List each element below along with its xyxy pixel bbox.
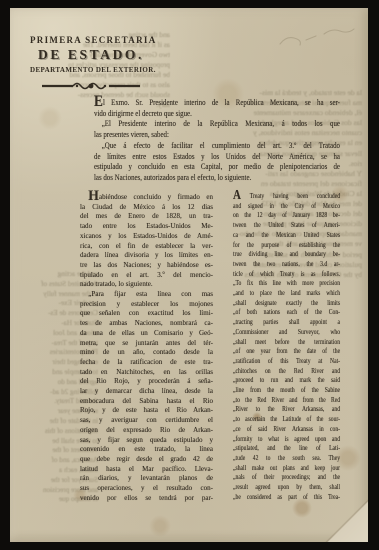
text-line: sas, y averiguar con certidumbre el [80, 415, 213, 425]
text-line: true dividing line and boundary be- [233, 250, 340, 260]
text-line: tre las dos Naciones; y habiéndose es- [80, 260, 213, 270]
line-text: Rojo, y de este hasta el Rio Arkan- [80, 405, 213, 414]
text-line: „Para fijar esta línea con mas [80, 289, 213, 299]
line-text: ca and the Mexican United States [233, 231, 340, 239]
line-text: „of one year from the date of the [233, 347, 340, 355]
line-text: „shall meet before the termination [233, 338, 340, 346]
raised-initial-capital: E [94, 93, 103, 110]
text-line: tado entre los Estados-Unidos Me- [80, 221, 213, 231]
text-line: „ce of said River Arkansas in con- [233, 425, 340, 435]
line-text: convenido en este tratado, la línea [80, 444, 213, 453]
text-line: rica, con el fin de establecer la ver- [80, 241, 213, 251]
text-line: venido por ellos se tendrá por par- [80, 493, 213, 503]
text-line: ca and the Mexican United States [233, 231, 340, 241]
masthead-department: DEPARTAMENTO DEL EXTERIOR. [30, 66, 152, 74]
line-text: „result agreed upon by them, shall [233, 483, 340, 491]
text-line: mino de un año, contado desde la [80, 347, 213, 357]
line-text: „shall make out plans and keep jour [233, 464, 340, 472]
line-text: orígen del expresado Rio de Arkan- [80, 425, 213, 434]
text-line: sas, y fijar segun queda estipulado y [80, 435, 213, 445]
line-text: „proceed to run and mark the said [233, 376, 340, 384]
line-text: „Commissioner and Surveyor, who [233, 328, 340, 336]
text-line: „nals of their proceedings; and the [233, 473, 340, 483]
text-line: convenido en este tratado, la línea [80, 444, 213, 454]
line-text: „ce of said River Arkansas in con- [233, 425, 340, 433]
text-line: „ratification of this Treaty at Nat- [233, 357, 340, 367]
text-line: „formity to what is agreed upon and [233, 435, 340, 445]
line-text: „ratification of this Treaty at Nat- [233, 357, 340, 365]
text-line: dadera línea divisoria y los límites en- [80, 250, 213, 260]
line-text: „tracting parties shall appoint a [233, 318, 340, 326]
text-line: latitud hasta el Mar pacífico. Lleva- [80, 464, 213, 474]
text-line: Rojo, y de este hasta el Rio Arkan- [80, 405, 213, 415]
line-text: „to the Red River and from the Red [233, 396, 340, 404]
line-text: nado tratado, lo siguiente. [80, 279, 153, 288]
line-text: la Ciudad de México á los 12 dias [80, 202, 213, 211]
line-text: „nals of their proceedings; and the [233, 473, 340, 481]
scroll-divider-icon [30, 78, 152, 96]
text-line: orígen del expresado Rio de Arkan- [80, 425, 213, 435]
text-line: „of one year from the date of the [233, 347, 340, 357]
text-line: „to ascertain the Latitude of the sour- [233, 415, 340, 425]
text-line: „Commissioner and Surveyor, who [233, 328, 340, 338]
text-line: „of both nations each of the Con- [233, 308, 340, 318]
text-line: tween the United States of Ameri- [233, 221, 340, 231]
decree-preamble: El Exmo. Sr. Presidente interino de la R… [94, 98, 340, 184]
text-line: estipulado y concluido en esta Capital, … [94, 162, 340, 173]
line-text: precision y establecer los mojones [80, 299, 213, 308]
line-text: tipulado en el art. 3.º del mencio- [80, 270, 213, 279]
text-line: „Que á efecto de facilitar el cumplimien… [94, 141, 340, 152]
text-line: de límites entre estos Estados y los Uni… [94, 152, 340, 163]
line-text: latitud hasta el Mar pacífico. Lleva- [80, 464, 213, 473]
line-text: „shall designate exactly the limits [233, 299, 340, 307]
line-text: tes de ambas Naciones, nombrará ca- [80, 318, 213, 327]
text-line: A Treaty having been concluded [233, 192, 340, 202]
line-text: „stipulated, and the line of Lati- [233, 444, 340, 452]
text-line: las presentes vieren, sabed: [94, 130, 340, 141]
line-text: „To fix this line with more precision [233, 279, 340, 287]
line-text: del mes de Enero de 1828, un tra- [80, 211, 213, 220]
line-text: de límites entre estos Estados y los Uni… [94, 152, 340, 161]
text-line: „To fix this line with more precision [233, 279, 340, 289]
scan-background: { "document": { "colors": { "paper": "#c… [0, 0, 379, 550]
line-text: las dos Naciones, autorizados para el ef… [94, 173, 251, 182]
page-corner-fold [322, 498, 368, 542]
text-line: vido dirigirme el decreto que sigue. [94, 109, 340, 120]
line-text: for the purpose of establishing the [233, 241, 340, 249]
line-text: on the 12 day of January 1828 be- [233, 211, 340, 219]
text-line: embocadura del Sabina hasta el Rio [80, 396, 213, 406]
text-line: xicanos y los Estados-Unidos de Amé- [80, 231, 213, 241]
text-line: tes de ambas Naciones, nombrará ca- [80, 318, 213, 328]
line-text: sas, y fijar segun queda estipulado y [80, 435, 213, 444]
line-text: fecha de la ratificacion de este tra- [80, 357, 213, 366]
text-line: precision y establecer los mojones [80, 299, 213, 309]
text-line: „shall designate exactly the limits [233, 299, 340, 309]
line-text: da una de ellas un Comisario y Geó- [80, 328, 213, 337]
text-line: sus operaciones, y el resultado con- [80, 483, 213, 493]
line-text: tado entre los Estados-Unidos Me- [80, 221, 213, 230]
text-line: „shall make out plans and keep jour [233, 464, 340, 474]
line-text: que señalen con exactitud los lími- [80, 308, 213, 317]
line-text: embocadura del Sabina hasta el Rio [80, 396, 213, 405]
line-text: dadera línea divisoria y los límites en- [80, 250, 213, 259]
text-line: El Exmo. Sr. Presidente interino de la R… [94, 98, 340, 109]
masthead-de-estado: DE ESTADO. [30, 47, 152, 63]
text-line: la Ciudad de México á los 12 dias [80, 202, 213, 212]
text-line: „line from the mouth of the Sabine [233, 386, 340, 396]
text-line: que señalen con exactitud los lími- [80, 308, 213, 318]
line-text: true dividing line and boundary be- [233, 250, 340, 258]
line-text: ticle of which Treaty is as follows. [233, 270, 340, 278]
text-line: tween the two nations, the 3.d ar- [233, 260, 340, 270]
raised-initial-capital: H [88, 188, 99, 204]
masthead: PRIMERA SECRETARIA DE ESTADO. DEPARTAMEN… [30, 35, 152, 96]
text-line: „proceed to run and mark the said [233, 376, 340, 386]
text-line: „chitoches on the Red River and [233, 367, 340, 377]
line-text: „River to the River Arkansas, and [233, 405, 340, 413]
line-text: del Rio Rojo, y procederán á seña- [80, 376, 213, 385]
line-text: abiéndose concluido y firmado en [99, 192, 213, 201]
line-text: lar y demarcar dicha línea, desde la [80, 386, 213, 395]
line-text: tre las dos Naciones; y habiéndose es- [80, 260, 213, 269]
text-line: „stipulated, and the line of Lati- [233, 444, 340, 454]
line-text: estipulado y concluido en esta Capital, … [94, 162, 340, 171]
text-line: „and to place the land marks which [233, 289, 340, 299]
raised-initial-capital: A [233, 187, 241, 202]
text-line: da una de ellas un Comisario y Geó- [80, 328, 213, 338]
line-text: l Exmo. Sr. Presidente interino de la Re… [103, 98, 340, 107]
line-text: „of both nations each of the Con- [233, 308, 340, 316]
line-text: „Para fijar esta línea con mas [88, 289, 213, 298]
line-text: „tude 42 to the south sea. They [233, 454, 340, 462]
text-line: nado tratado, lo siguiente. [80, 279, 213, 289]
line-text: „chitoches on the Red River and [233, 367, 340, 375]
line-text: metra, que se juntarán antes del tér- [80, 338, 213, 347]
text-line: and signed in the City of Mexico [233, 202, 340, 212]
line-text: que debe regir desde el grado 42 de [80, 454, 213, 463]
text-line: del Rio Rojo, y procederán á seña- [80, 376, 213, 386]
masthead-office: PRIMERA SECRETARIA [30, 35, 152, 45]
line-text: rán diarios, y levantarán planos de [80, 473, 213, 482]
document-page: and the actingas if it had been inserted… [10, 8, 368, 542]
text-line: Habiéndose concluido y firmado en [80, 192, 213, 202]
line-text: venido por ellos se tendrá por par- [80, 493, 213, 502]
printed-content: PRIMERA SECRETARIA DE ESTADO. DEPARTAMEN… [10, 8, 368, 542]
line-text: „and to place the land marks which [233, 289, 340, 297]
text-line: lar y demarcar dicha línea, desde la [80, 386, 213, 396]
line-text: and signed in the City of Mexico [233, 202, 340, 210]
text-line: que debe regir desde el grado 42 de [80, 454, 213, 464]
line-text: tween the two nations, the 3.d ar- [233, 260, 340, 268]
text-line: rán diarios, y levantarán planos de [80, 473, 213, 483]
text-line: „to the Red River and from the Red [233, 396, 340, 406]
text-line: „El Presidente interino de la República … [94, 119, 340, 130]
line-text: tado en Natchitoches, en las orillas [80, 367, 213, 376]
line-text: „Que á efecto de facilitar el cumplimien… [102, 141, 340, 150]
text-line: on the 12 day of January 1828 be- [233, 211, 340, 221]
line-text: mino de un año, contado desde la [80, 347, 213, 356]
line-text: „to ascertain the Latitude of the sour- [233, 415, 340, 423]
spanish-column: Habiéndose concluido y firmado enla Ciud… [80, 192, 213, 503]
line-text: Treaty having been concluded [241, 192, 340, 200]
line-text: „El Presidente interino de la República … [102, 119, 340, 128]
text-line: tado en Natchitoches, en las orillas [80, 367, 213, 377]
text-line: for the purpose of establishing the [233, 241, 340, 251]
line-text: sas, y averiguar con certidumbre el [80, 415, 213, 424]
line-text: xicanos y los Estados-Unidos de Amé- [80, 231, 213, 240]
text-line: „tracting parties shall appoint a [233, 318, 340, 328]
text-line: fecha de la ratificacion de este tra- [80, 357, 213, 367]
text-line: „tude 42 to the south sea. They [233, 454, 340, 464]
text-line: „shall meet before the termination [233, 338, 340, 348]
english-column: A Treaty having been concludedand signed… [233, 192, 340, 503]
line-text: „formity to what is agreed upon and [233, 435, 340, 443]
line-text: vido dirigirme el decreto que sigue. [94, 109, 192, 118]
text-line: metra, que se juntarán antes del tér- [80, 338, 213, 348]
text-line: „River to the River Arkansas, and [233, 405, 340, 415]
text-line: ticle of which Treaty is as follows. [233, 270, 340, 280]
text-line: „result agreed upon by them, shall [233, 483, 340, 493]
line-text: sus operaciones, y el resultado con- [80, 483, 213, 492]
line-text: „line from the mouth of the Sabine [233, 386, 340, 394]
text-line: las dos Naciones, autorizados para el ef… [94, 173, 340, 184]
text-line: tipulado en el art. 3.º del mencio- [80, 270, 213, 280]
line-text: las presentes vieren, sabed: [94, 130, 169, 139]
line-text: rica, con el fin de establecer la ver- [80, 241, 213, 250]
text-line: del mes de Enero de 1828, un tra- [80, 211, 213, 221]
line-text: tween the United States of Ameri- [233, 221, 340, 229]
